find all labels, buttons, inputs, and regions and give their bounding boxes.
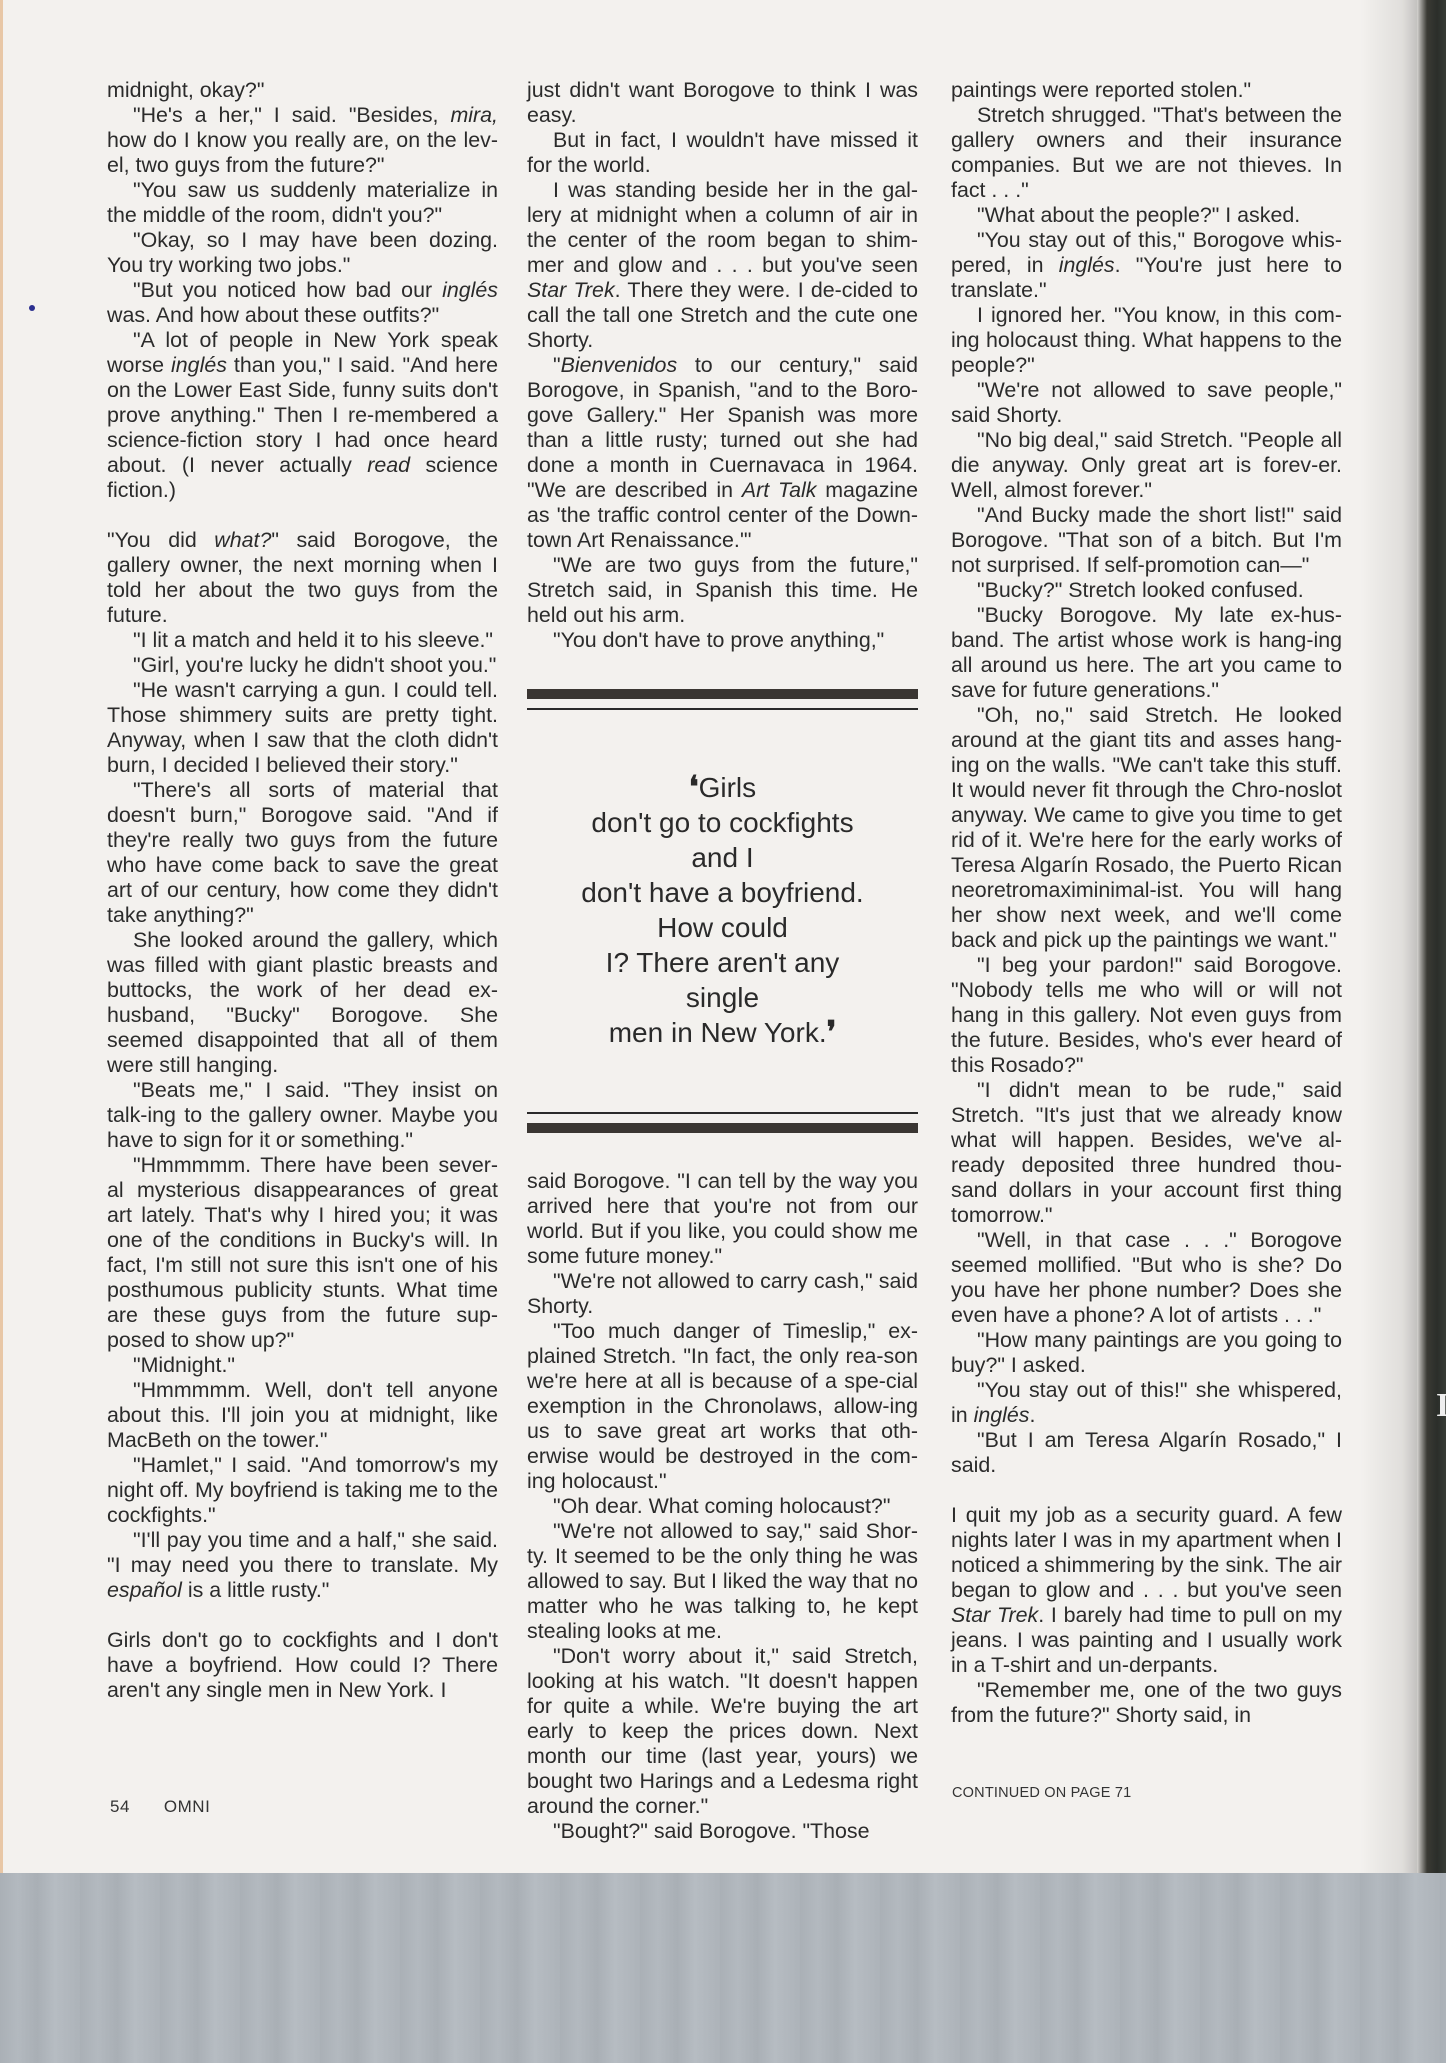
continued-on-page: CONTINUED ON PAGE 71	[952, 1785, 1131, 1801]
paragraph: "You stay out of this!" she whispered, i…	[951, 1378, 1342, 1428]
paragraph: "Bought?" said Borogove. "Those	[527, 1819, 918, 1844]
ink-speck	[29, 305, 35, 311]
paragraph: I was standing beside her in the gal-ler…	[527, 178, 918, 353]
paragraph: "I didn't mean to be rude," said Stretch…	[951, 1078, 1342, 1228]
paragraph: "You saw us suddenly materialize in the …	[107, 178, 498, 228]
paragraph: "Well, in that case . . ." Borogove seem…	[951, 1228, 1342, 1328]
facing-page-letter: I	[1436, 1387, 1446, 1425]
paragraph: "I beg your pardon!" said Borogove. "Nob…	[951, 953, 1342, 1078]
page-folio: 54OMNI	[110, 1797, 210, 1817]
paragraph: "There's all sorts of material that does…	[107, 778, 498, 928]
pull-quote-line: single	[527, 980, 918, 1015]
paragraph: Girls don't go to cockfights and I don't…	[107, 1628, 498, 1703]
pull-quote-line: don't have a boyfriend.	[527, 875, 918, 910]
close-quote-icon: ❜	[827, 1015, 837, 1050]
column-2-bottom-text: said Borogove. "I can tell by the way yo…	[527, 1169, 918, 1844]
paragraph: "He wasn't carrying a gun. I could tell.…	[107, 678, 498, 778]
pull-quote-line: How could	[527, 910, 918, 945]
paragraph: "Okay, so I may have been dozing. You tr…	[107, 228, 498, 278]
text-column-2: just didn't want Borogove to think I was…	[527, 78, 918, 1844]
paragraph: "You don't have to prove anything,"	[527, 628, 918, 653]
paragraph: But in fact, I wouldn't have missed it f…	[527, 128, 918, 178]
magazine-page: midnight, okay?""He's a her," I said. "B…	[0, 0, 1420, 1873]
text-column-1: midnight, okay?""He's a her," I said. "B…	[107, 78, 498, 1703]
page-number: 54	[110, 1797, 130, 1816]
paragraph: "Girl, you're lucky he didn't shoot you.…	[107, 653, 498, 678]
paragraph: "We're not allowed to say," said Shor-ty…	[527, 1519, 918, 1644]
paragraph: Stretch shrugged. "That's between the ga…	[951, 103, 1342, 203]
paragraph: "But you noticed how bad our inglés was.…	[107, 278, 498, 328]
paragraph: "Don't worry about it," said Stretch, lo…	[527, 1644, 918, 1819]
pull-quote-line: I? There aren't any	[527, 945, 918, 980]
pull-quote-line: ❛Girls	[527, 770, 918, 805]
pull-quote: ❛Girls don't go to cockfights and I don'…	[527, 689, 918, 1133]
paragraph: "Bienvenidos to our century," said Borog…	[527, 353, 918, 553]
paragraph: "You stay out of this," Borogove whis-pe…	[951, 228, 1342, 303]
paragraph: midnight, okay?"	[107, 78, 498, 103]
paragraph: I quit my job as a security guard. A few…	[951, 1503, 1342, 1678]
paragraph: "You did what?" said Borogove, the galle…	[107, 528, 498, 628]
paragraph: "He's a her," I said. "Besides, mira, ho…	[107, 103, 498, 178]
paragraph: "Hmmmmm. Well, don't tell anyone about t…	[107, 1378, 498, 1453]
paragraph: "No big deal," said Stretch. "People all…	[951, 428, 1342, 503]
pull-quote-line: and I	[527, 840, 918, 875]
spine-shadow	[1360, 0, 1420, 1873]
paragraph: "And Bucky made the short list!" said Bo…	[951, 503, 1342, 578]
paragraph: I ignored her. "You know, in this com-in…	[951, 303, 1342, 378]
pull-quote-line: men in New York.❜	[527, 1015, 918, 1050]
paragraph: "I'll pay you time and a half," she said…	[107, 1528, 498, 1603]
open-quote-icon: ❛	[689, 770, 699, 805]
binding-spine	[1417, 0, 1446, 1873]
paragraph: "Oh dear. What coming holocaust?"	[527, 1494, 918, 1519]
text-column-3: paintings were reported stolen."Stretch …	[951, 78, 1342, 1728]
paragraph: "But I am Teresa Algarín Rosado," I said…	[951, 1428, 1342, 1478]
paragraph: "A lot of people in New York speak worse…	[107, 328, 498, 503]
magazine-name: OMNI	[164, 1797, 210, 1816]
paragraph: "Oh, no," said Stretch. He looked around…	[951, 703, 1342, 953]
paragraph: said Borogove. "I can tell by the way yo…	[527, 1169, 918, 1269]
paragraph: "We're not allowed to save people," said…	[951, 378, 1342, 428]
paragraph: "How many paintings are you going to buy…	[951, 1328, 1342, 1378]
paragraph: just didn't want Borogove to think I was…	[527, 78, 918, 128]
paragraph: "Remember me, one of the two guys from t…	[951, 1678, 1342, 1728]
pull-quote-top-thick-rule	[527, 689, 918, 699]
paragraph: paintings were reported stolen."	[951, 78, 1342, 103]
paragraph: "Midnight."	[107, 1353, 498, 1378]
pull-quote-text: ❛Girls don't go to cockfights and I don'…	[527, 710, 918, 1112]
paragraph: She looked around the gallery, which was…	[107, 928, 498, 1078]
paragraph: "Hamlet," I said. "And tomorrow's my nig…	[107, 1453, 498, 1528]
paragraph: "We're not allowed to carry cash," said …	[527, 1269, 918, 1319]
pull-quote-bottom-thick-rule	[527, 1123, 918, 1133]
paragraph: "What about the people?" I asked.	[951, 203, 1342, 228]
paragraph: "We are two guys from the future," Stret…	[527, 553, 918, 628]
scanner-bed	[0, 1873, 1446, 2063]
paragraph: "Too much danger of Timeslip," ex-plaine…	[527, 1319, 918, 1494]
pull-quote-line: don't go to cockfights	[527, 805, 918, 840]
column-2-top-text: just didn't want Borogove to think I was…	[527, 78, 918, 653]
paragraph: "Bucky?" Stretch looked confused.	[951, 578, 1342, 603]
pull-quote-bottom-thin-rule	[527, 1112, 918, 1114]
paragraph: "I lit a match and held it to his sleeve…	[107, 628, 498, 653]
paragraph: "Hmmmmm. There have been sever-al myster…	[107, 1153, 498, 1353]
paragraph: "Beats me," I said. "They insist on talk…	[107, 1078, 498, 1153]
paragraph: "Bucky Borogove. My late ex-hus-band. Th…	[951, 603, 1342, 703]
